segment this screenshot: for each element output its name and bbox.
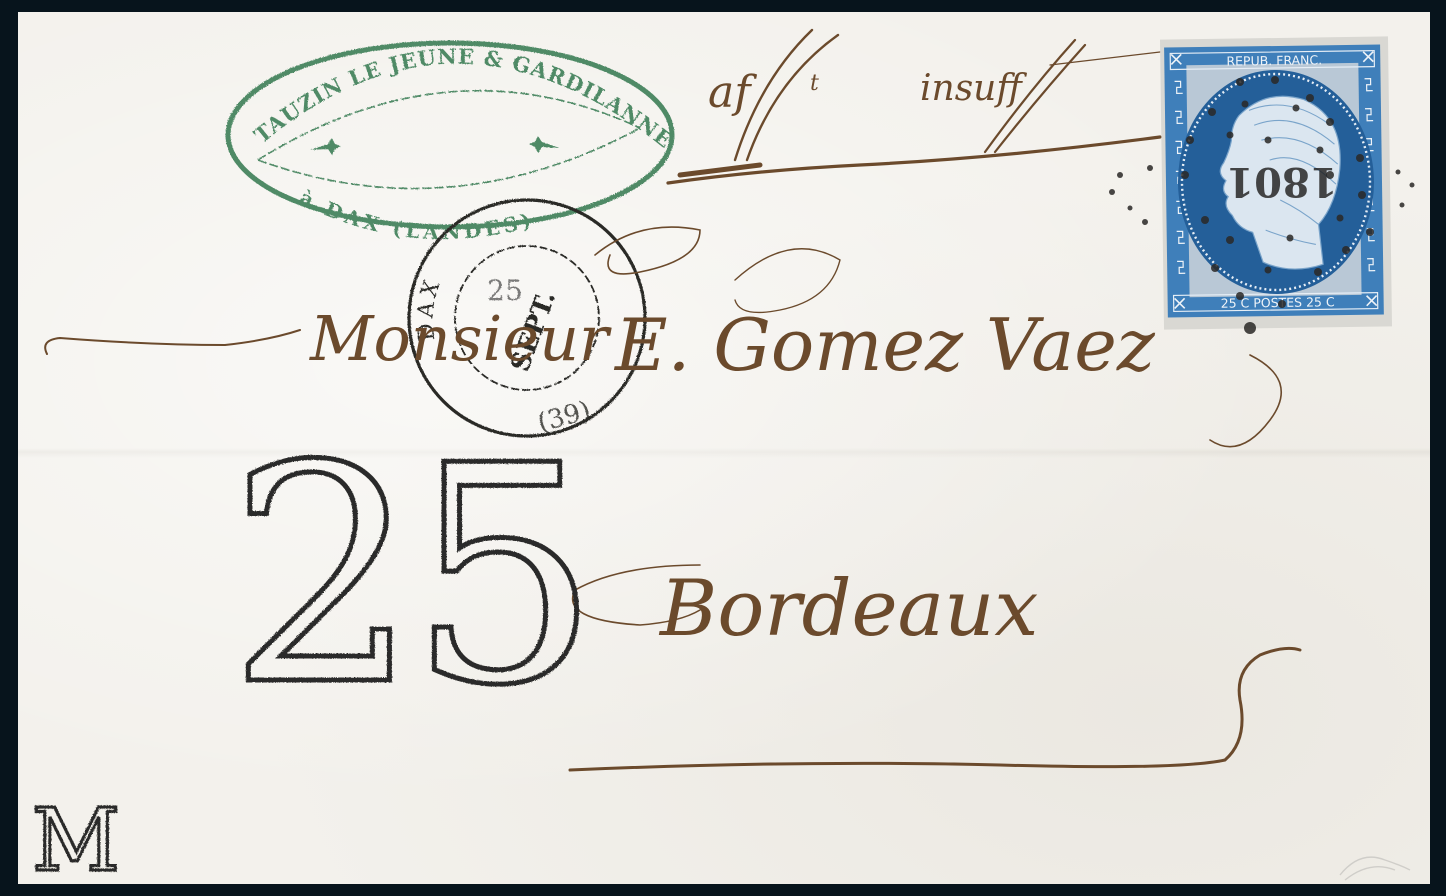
address-salutation: Monsieur [309,302,612,375]
postage-stamp: REPUB. FRANC. 25 C POSTES 25 C [1109,36,1415,334]
svg-text:à DAX (LANDES): à DAX (LANDES) [296,185,537,244]
corner-mark: M [32,791,120,891]
postage-due-tax-mark: 25 [228,402,590,751]
address-name: E. Gomez Vaez [613,303,1156,387]
pencil-smudge [1340,857,1410,880]
company-cachet: TAUZIN LE JEUNE & GARDILANNE à DAX (LAND… [228,43,678,244]
annotation-text: affᵗ insuff [0,0,77,4]
stamp-top-text: REPUB. FRANC. [1226,52,1322,68]
annotation-aff: af [708,67,757,118]
annotation-insuff: insuff [920,68,1027,109]
ornament-left-icon [310,138,341,155]
cover-artwork: TAUZIN LE JEUNE & GARDILANNE à DAX (LAND… [0,0,1446,896]
ornament-right-icon [529,136,560,153]
annotation-superscript: t [810,71,819,96]
address-city: Bordeaux [658,564,1038,654]
cachet-line2: à DAX (LANDES) [296,185,537,244]
cancel-number: 1801 [1226,158,1337,205]
